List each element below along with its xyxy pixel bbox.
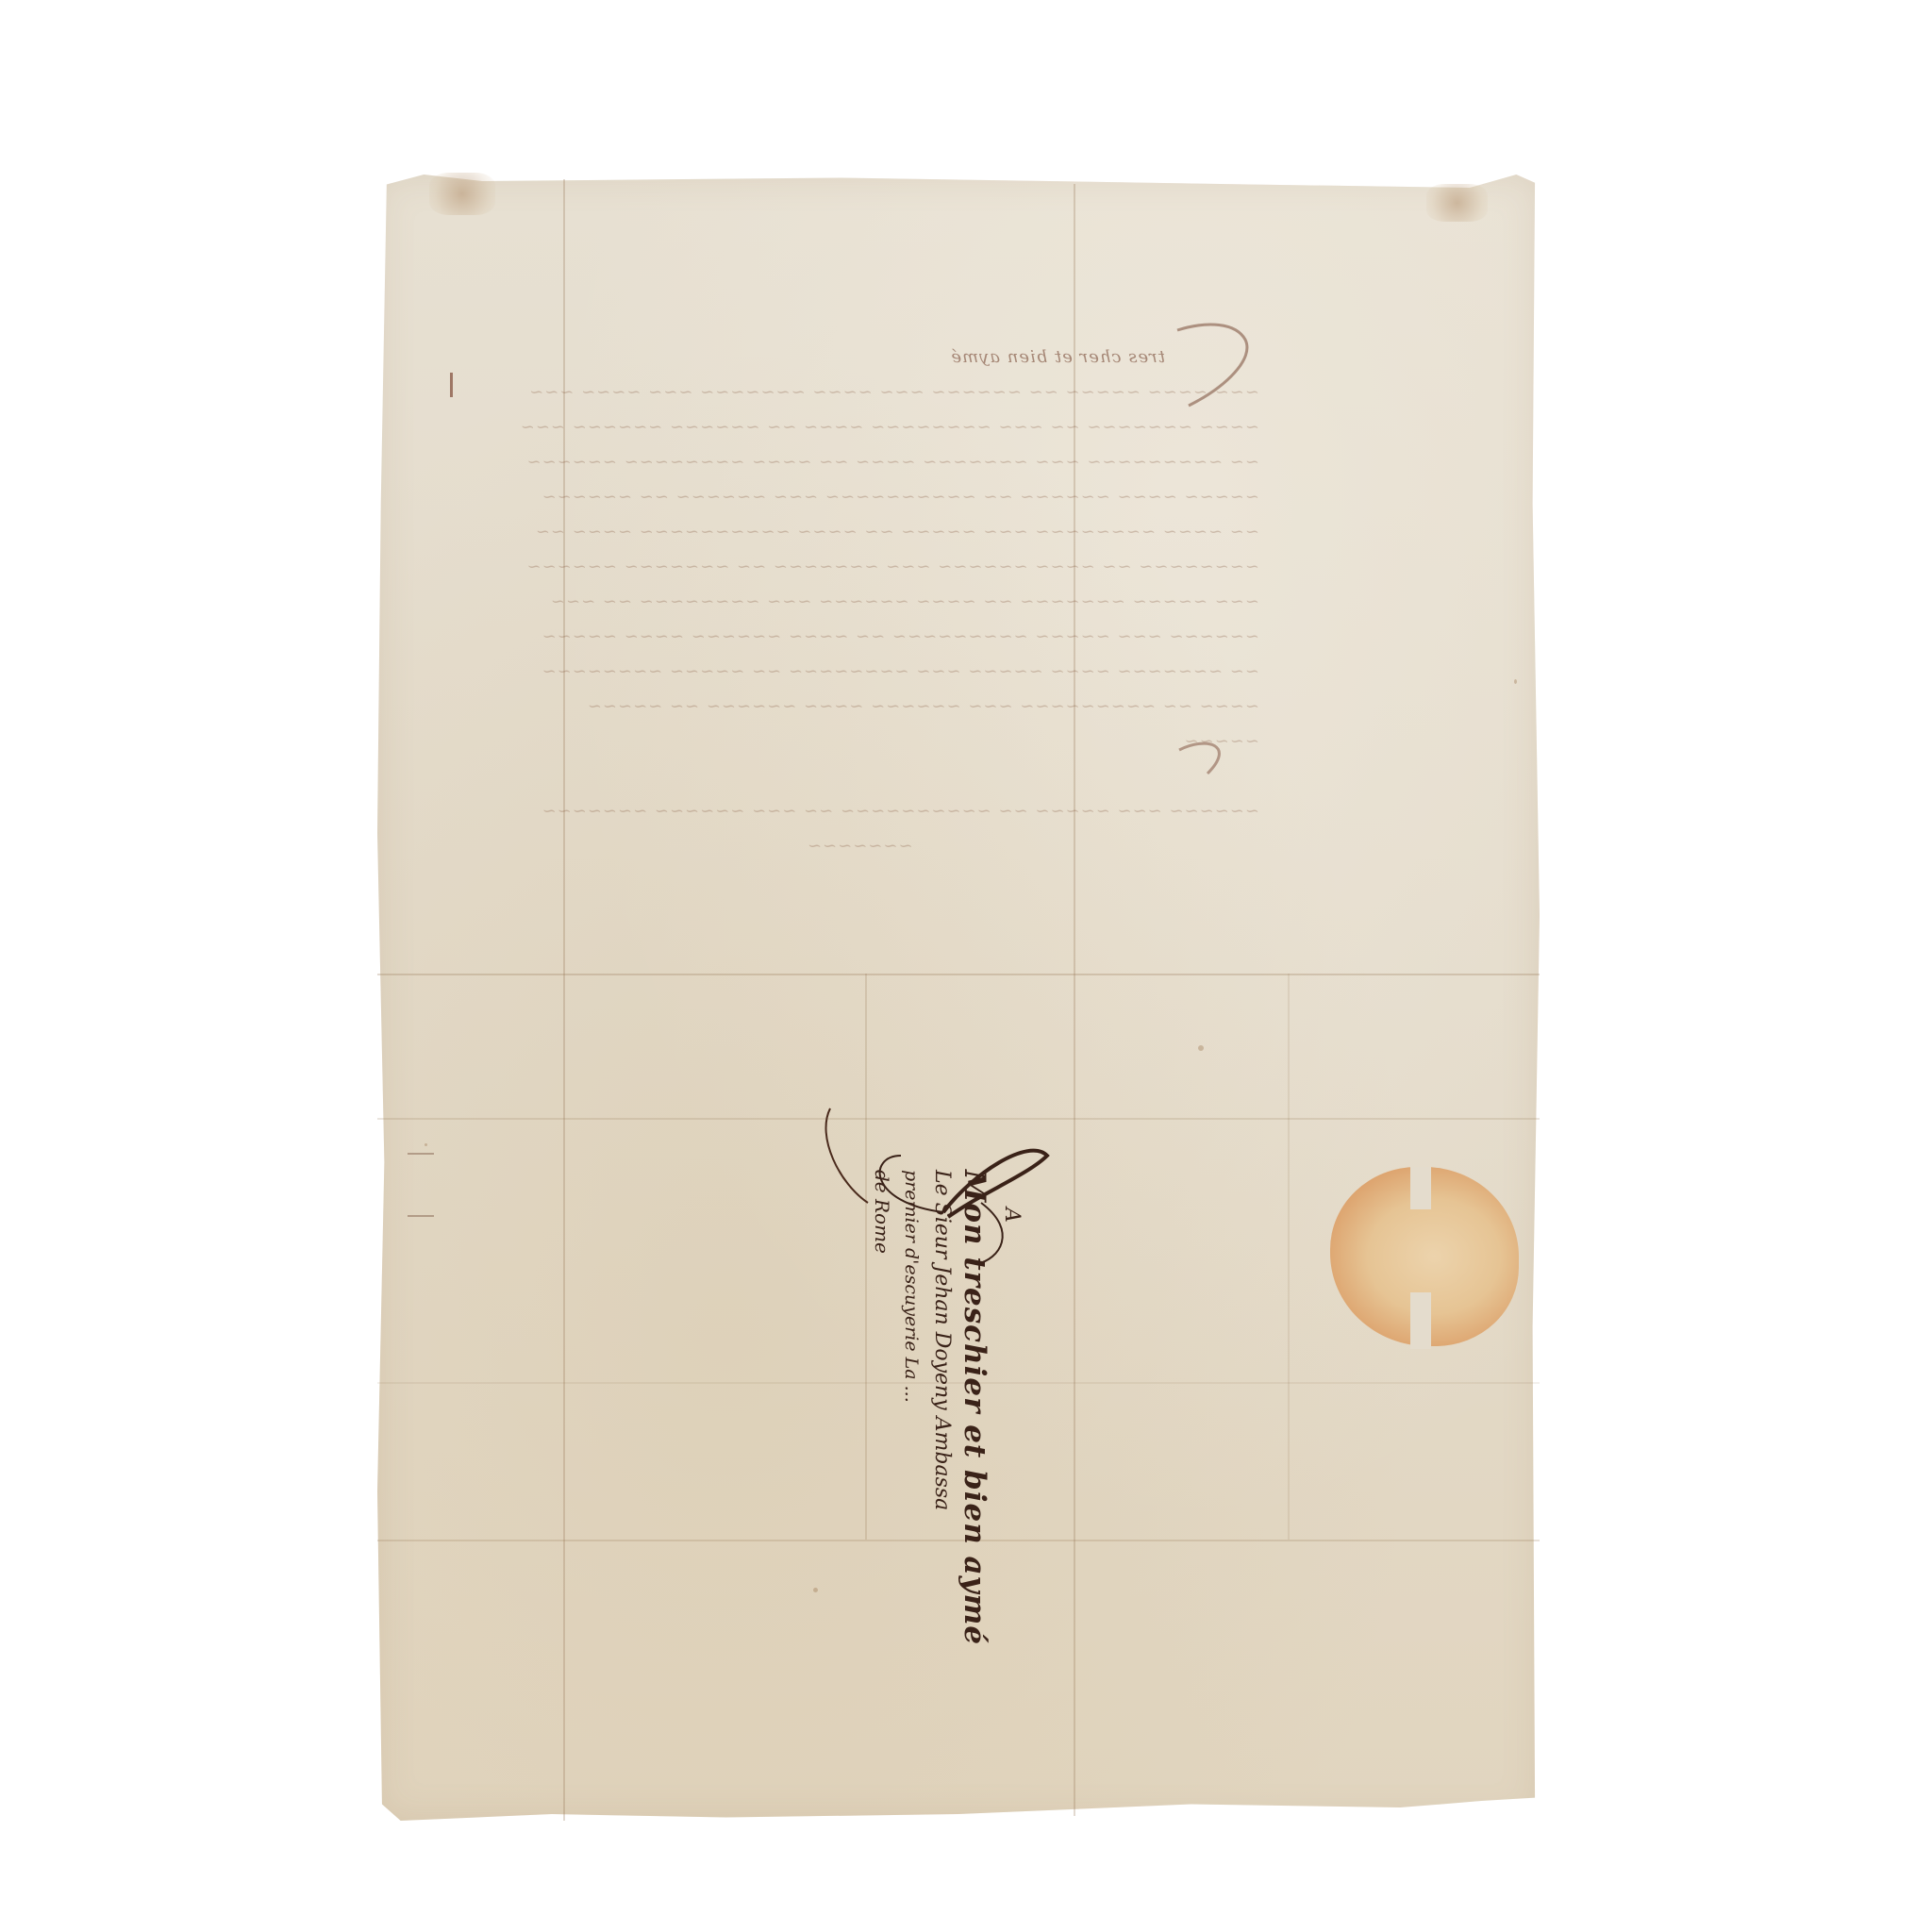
bleed-line: ~~~~~ [410,724,1259,758]
bleed-line: ~~ ~~~~~~~ ~~~~ ~~~~~ ~~~ ~~~~~~~~ ~~ ~~… [410,654,1259,689]
corner-stain-top-right [1426,184,1488,222]
bleed-flourish-bottom [1170,717,1245,783]
bleed-line: tres cher et bien aymé [410,340,1259,375]
bleed-line: ~~~ ~~~~ ~~~~~ ~~ ~~~~~~ ~~~ ~~~~ ~~~~~~… [410,375,1259,409]
bleed-line: ~~~~~~ ~~~ ~~~~~ ~~~~~~~~~ ~~ ~~~~ ~~~~~… [410,619,1259,654]
bleed-flourish-top [1170,321,1274,425]
foxing-spot [425,1143,427,1146]
bleed-line: ~~~~~~ ~~~ ~~~~~ ~~ ~~~~~~~~~~ ~~ ~~~ ~~… [410,793,1259,828]
address-flourish [811,1099,1057,1269]
bleed-line: ~~~~ ~~~~~~~ ~~ ~~~ ~~~~~~~~ ~~~~ ~~ ~~~… [410,409,1259,444]
fold-line-horizontal-1 [377,974,1540,975]
bleed-line: ~~~~~~~ [410,828,1259,863]
bleed-line: ~~~~~~~~ ~~ ~~~~ ~~~~~~ ~~~ ~~~~~~~ ~~ ~… [410,549,1259,584]
seal-slit-bottom [1410,1292,1431,1349]
bleed-through-text: tres cher et bien aymé ~~~ ~~~~ ~~~~~ ~~… [410,340,1259,863]
bleed-line: ~~~~~ ~~~~ ~~~~~~ ~~ ~~~~~~~~~~ ~~~ ~~~~… [410,479,1259,514]
foxing-spot [1198,1045,1204,1051]
corner-stain-top-left [429,173,495,215]
margin-mark [408,1215,434,1217]
bleed-line [410,758,1259,793]
foxing-spot [813,1588,818,1592]
fold-line-vertical-outer [1288,974,1290,1540]
bleed-line: ~~ ~~~~~~~~~ ~~~ ~~~~~~~ ~~~~ ~~ ~~~~ ~~… [410,444,1259,479]
foxing-spot [1514,679,1517,684]
seal-slit-top [1410,1167,1431,1209]
bleed-line: ~~~~ ~~ ~~~~~~~~~ ~~~ ~~~~~~ ~~~~ ~~~~~~… [410,689,1259,724]
margin-mark [408,1153,434,1155]
bleed-line: ~~ ~~~~ ~~~~~~~~ ~~~ ~~~~~ ~~ ~~~~ ~~~~~… [410,514,1259,549]
bleed-line: ~~~ ~~~~~ ~~~~~~~ ~~ ~~~~ ~~~~~~ ~~~ ~~~… [410,584,1259,619]
